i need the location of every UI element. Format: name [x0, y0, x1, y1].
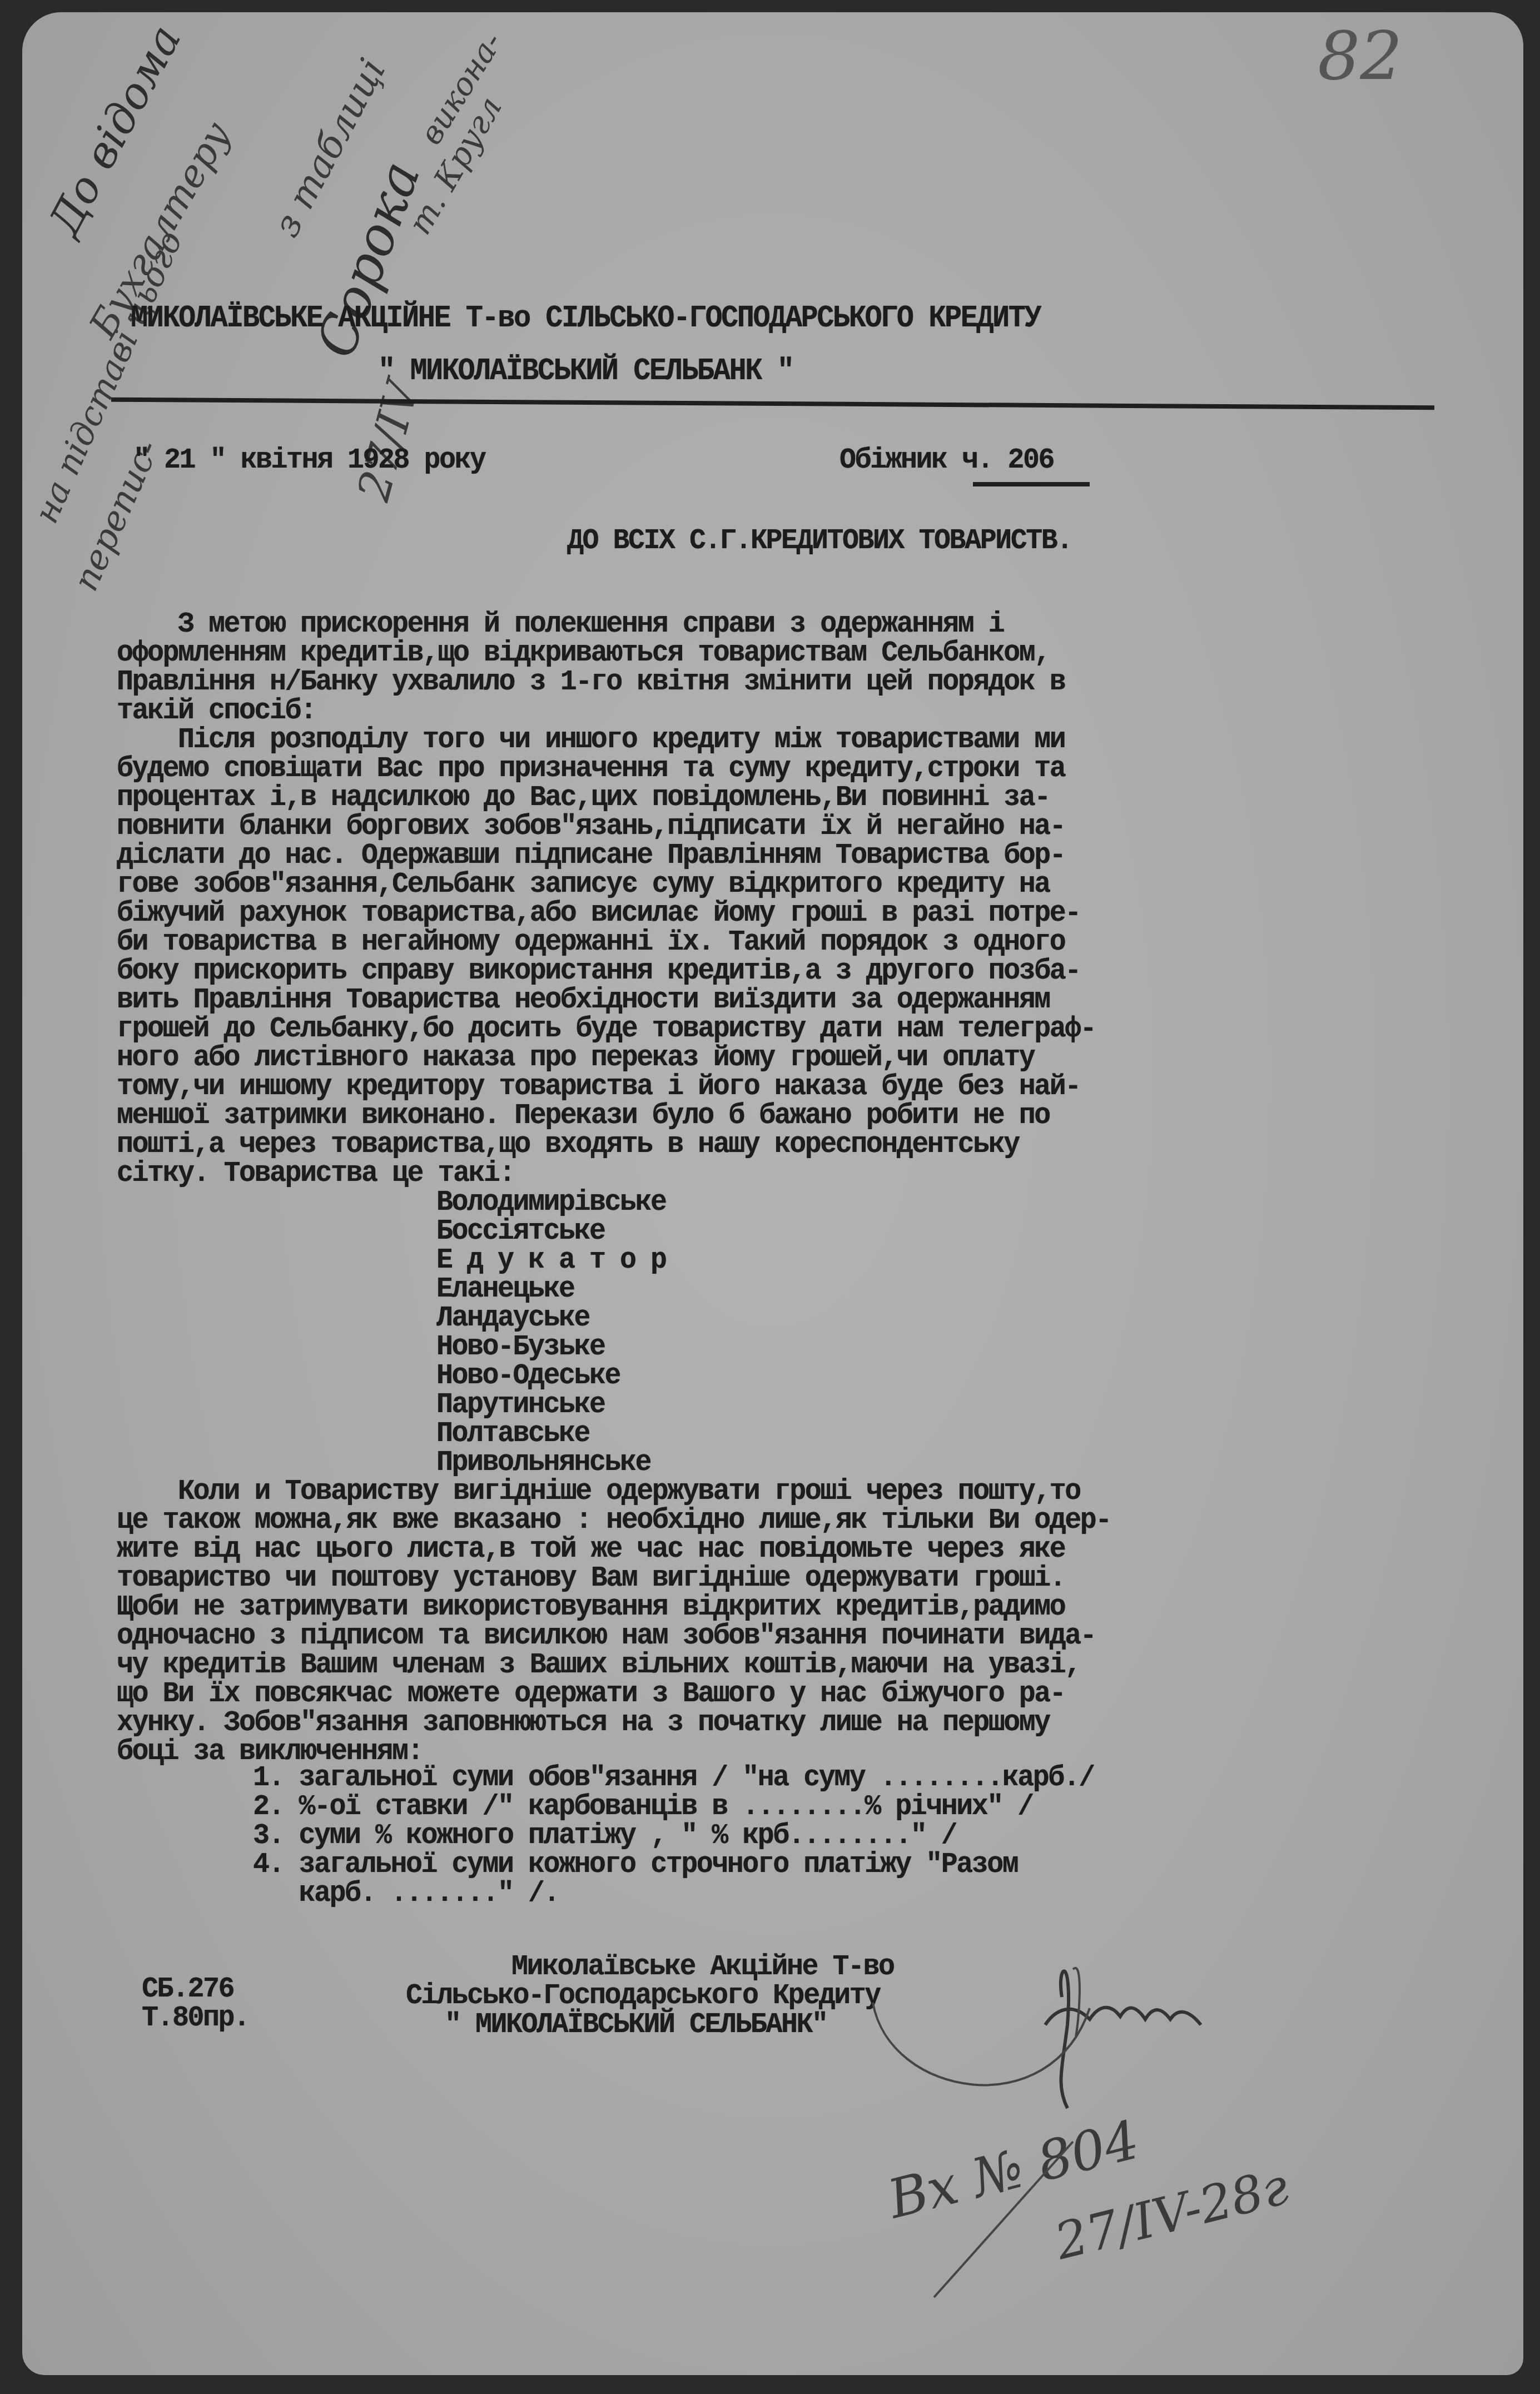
text-line: З метою прискорення й полекшення справи … [117, 609, 1004, 640]
text-line: жите від нас цього листа,в той же час на… [117, 1534, 1065, 1565]
document-date: " 21 " квітня 1928 року [133, 445, 485, 476]
org-header: МИКОЛАЇВСЬКЕ АКЦІЙНЕ Т-во СІЛЬСЬКО-ГОСПО… [131, 304, 1040, 334]
text-line: процентах і,в надсилкою до Вас,цих повід… [117, 783, 1050, 813]
text-line: тому,чи иншому кредитору товариства і йо… [117, 1072, 1080, 1102]
signature-line: " МИКОЛАЇВСЬКИЙ СЕЛЬБАНК" [445, 2010, 827, 2040]
document-page: 82 До відома Бухгалтеру з таблиці викона… [22, 12, 1523, 2375]
page-number: 82 [1318, 18, 1403, 95]
circular-number: Обіжник ч. 206 [839, 445, 1054, 476]
text-line: сітку. Товариства це такі: [117, 1159, 514, 1189]
reference-copies: Т.80пр. [142, 2003, 249, 2034]
text-line: це також можна,як вже вказано : необхідн… [117, 1506, 1111, 1536]
text-line: товариство чи поштову установу Вам вигід… [117, 1563, 1065, 1594]
pencil-oval-icon [867, 1986, 1101, 2130]
handwritten-date: 27/IV [347, 376, 429, 506]
text-line: одночасно з підписом та висилкою нам зоб… [117, 1621, 1095, 1652]
list-item: 3. суми % кожного платіжу , " % крб.....… [253, 1821, 956, 1851]
text-line: чу кредитів Вашим членам з Ваших вільних… [117, 1650, 1080, 1681]
text-line: би товариства в негайному одержанні їх. … [117, 927, 1065, 958]
signature-line: Сільсько-Господарського Кредиту [406, 1981, 880, 2011]
society-item: Ландауське [436, 1303, 589, 1334]
text-line: Щоби не затримувати використовування від… [117, 1592, 1065, 1623]
reference-code: СБ.276 [142, 1974, 234, 2005]
text-line: Після розподілу того чи иншого кредиту м… [117, 725, 1065, 756]
text-line: діслати до нас. Одержавши підписане Прав… [117, 841, 1065, 871]
text-line: пошті,а через товариства,що входять в на… [117, 1130, 1019, 1160]
society-item: Полтавське [436, 1419, 589, 1449]
text-line: гове зобов"язання,Сельбанк записує суму … [117, 870, 1050, 900]
text-line: повнити бланки боргових зобов"язань,підп… [117, 812, 1065, 842]
text-line: такій спосіб: [117, 696, 316, 727]
list-item: 2. %-ої ставки /" карбованців в ........… [253, 1792, 1033, 1822]
society-item: Парутинське [436, 1390, 605, 1420]
society-item: Боссіятське [436, 1216, 605, 1247]
header-rule [111, 398, 1434, 410]
addressee: ДО ВСІХ С.Г.КРЕДИТОВИХ ТОВАРИСТВ. [567, 526, 1072, 557]
society-item: Привольнянське [436, 1448, 650, 1478]
text-line: будемо сповіщати Вас про призначення та … [117, 754, 1065, 784]
text-line: біжучий рахунок товариства,або висилає й… [117, 898, 1080, 929]
text-line: боку прискорить справу використання кред… [117, 956, 1080, 987]
text-line: Коли и Товариству вигідніше одержувати г… [117, 1477, 1080, 1507]
society-item: Володимирівське [436, 1188, 666, 1218]
text-line: грошей до Сельбанку,бо досить буде товар… [117, 1014, 1095, 1045]
society-item: Ново-Бузьке [436, 1332, 605, 1363]
text-line: хунку. Зобов"язання заповнюються на з по… [117, 1708, 1050, 1739]
text-line: вить Правління Товариства необхідности в… [117, 985, 1050, 1016]
society-item: Е д у к а т о р [436, 1245, 666, 1276]
text-line: ного або листівного наказа про переказ й… [117, 1043, 1034, 1074]
list-item: 1. загальної суми обов"язання / "на суму… [253, 1763, 1094, 1794]
society-item: Ново-Одеське [436, 1361, 620, 1392]
list-item: 4. загальної суми кожного строчного плат… [253, 1850, 1017, 1880]
text-line: оформленням кредитів,що відкриваються то… [117, 638, 1050, 669]
society-item: Еланецьке [436, 1274, 574, 1305]
circular-underline [973, 482, 1090, 486]
text-line: що Ви їх повсякчас можете одержати з Ваш… [117, 1679, 1065, 1710]
text-line: меншої затримки виконано. Перекази було … [117, 1101, 1050, 1131]
list-item: карб. ......." /. [253, 1879, 559, 1909]
signature-line: Миколаївське Акційне Т-во [511, 1952, 894, 1983]
bank-name: " МИКОЛАЇВСЬКИЙ СЕЛЬБАНК " [378, 356, 793, 387]
text-line: Правління н/Банку ухвалило з 1-го квітня… [117, 667, 1065, 698]
